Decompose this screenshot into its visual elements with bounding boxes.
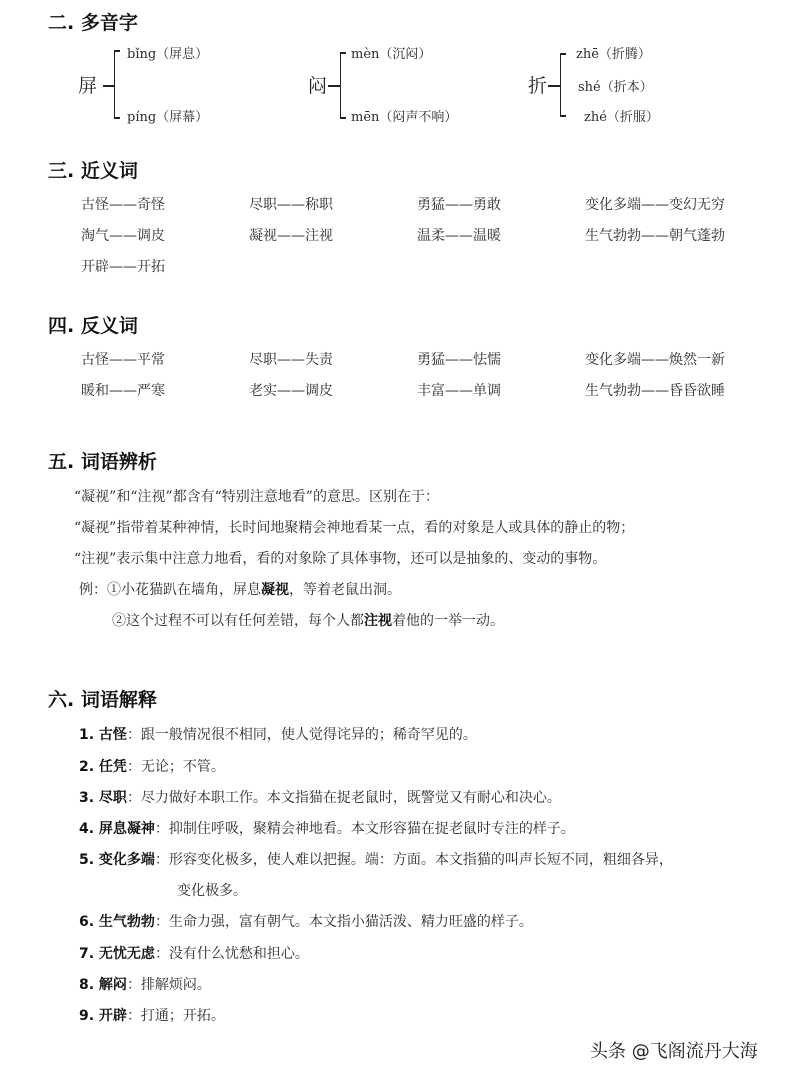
- section-title-polyphones: 二. 多音字: [48, 8, 138, 35]
- reading: mēn（闷声不响）: [351, 106, 457, 125]
- synonym-pair: 凝视——注视: [249, 225, 333, 245]
- polyphone-char: 折: [528, 71, 547, 98]
- analysis-line: “凝视”指带着某种神情，长时间地聚精会神地看某一点，看的对象是人或具体的静止的物…: [74, 517, 634, 537]
- section-title-antonyms: 四. 反义词: [48, 311, 138, 338]
- synonym-pair: 勇猛——勇敢: [417, 194, 501, 214]
- reading: zhē（折腾）: [576, 43, 651, 62]
- reading: zhé（折服）: [584, 106, 659, 125]
- section-title-synonyms: 三. 近义词: [48, 156, 138, 183]
- synonym-pair: 温柔——温暖: [417, 225, 501, 245]
- term: 5. 变化多端: [79, 852, 155, 868]
- synonym-pair: 尽职——称职: [249, 194, 333, 214]
- definition-item: 1. 古怪：跟一般情况很不相同，使人觉得诧异的；稀奇罕见的。: [79, 724, 477, 744]
- analysis-line: “凝视”和“注视”都含有“特别注意地看”的意思。区别在于：: [74, 486, 439, 506]
- term: 7. 无忧无虑: [79, 946, 155, 962]
- antonym-pair: 尽职——失责: [249, 349, 333, 369]
- antonym-pair: 古怪——平常: [81, 349, 165, 369]
- term: 1. 古怪: [79, 727, 127, 743]
- term: 8. 解闷: [79, 977, 127, 993]
- term: 2. 任凭: [79, 759, 127, 775]
- polyphone-char: 闷: [308, 71, 327, 98]
- term: 3. 尽职: [79, 790, 127, 806]
- antonym-pair: 暖和——严寒: [81, 380, 165, 400]
- antonym-pair: 老实——调皮: [249, 380, 333, 400]
- example-1: 例：①小花猫趴在墙角，屏息凝视，等着老鼠出洞。: [79, 579, 401, 599]
- definition-item: 7. 无忧无虑：没有什么忧愁和担心。: [79, 943, 309, 963]
- synonym-pair: 变化多端——变幻无穷: [585, 194, 725, 214]
- watermark: 头条 @飞阁流丹大海: [590, 1037, 758, 1063]
- definition-item: 3. 尽职：尽力做好本职工作。本文指猫在捉老鼠时，既警觉又有耐心和决心。: [79, 787, 561, 807]
- reading: mèn（沉闷）: [351, 43, 431, 62]
- definition-item: 2. 任凭：无论；不管。: [79, 756, 225, 776]
- term: 4. 屏息凝神: [79, 821, 155, 837]
- section-title-analysis: 五. 词语辨析: [48, 447, 157, 474]
- synonym-pair: 淘气——调皮: [81, 225, 165, 245]
- definition-item: 8. 解闷：排解烦闷。: [79, 974, 211, 994]
- reading: bǐng（屏息）: [127, 43, 208, 62]
- antonym-pair: 生气勃勃——昏昏欲睡: [585, 380, 725, 400]
- polyphone-char: 屏: [78, 71, 97, 98]
- synonym-pair: 古怪——奇怪: [81, 194, 165, 214]
- definition-continuation: 变化极多。: [177, 880, 247, 900]
- reading: píng（屏幕）: [127, 106, 208, 125]
- reading: shé（折本）: [578, 76, 653, 95]
- antonym-pair: 勇猛——怯懦: [417, 349, 501, 369]
- definition-item: 9. 开辟：打通；开拓。: [79, 1005, 225, 1025]
- highlight-word: 凝视: [261, 582, 289, 598]
- definition-item: 5. 变化多端：形容变化极多，使人难以把握。端：方面。本文指猫的叫声长短不同，粗…: [79, 849, 673, 869]
- term: 6. 生气勃勃: [79, 914, 155, 930]
- antonym-pair: 变化多端——焕然一新: [585, 349, 725, 369]
- synonym-pair: 生气勃勃——朝气蓬勃: [585, 225, 725, 245]
- definition-item: 4. 屏息凝神：抑制住呼吸，聚精会神地看。本文形容猫在捉老鼠时专注的样子。: [79, 818, 575, 838]
- example-label: 例：: [79, 582, 107, 598]
- analysis-line: “注视”表示集中注意力地看，看的对象除了具体事物，还可以是抽象的、变动的事物。: [74, 548, 606, 568]
- definition-item: 6. 生气勃勃：生命力强，富有朝气。本文指小猫活泼、精力旺盛的样子。: [79, 911, 533, 931]
- term: 9. 开辟: [79, 1008, 127, 1024]
- example-2: ②这个过程不可以有任何差错，每个人都注视着他的一举一动。: [112, 610, 504, 630]
- section-title-definitions: 六. 词语解释: [48, 685, 157, 712]
- highlight-word: 注视: [364, 613, 392, 629]
- synonym-pair: 开辟——开拓: [81, 256, 165, 276]
- antonym-pair: 丰富——单调: [417, 380, 501, 400]
